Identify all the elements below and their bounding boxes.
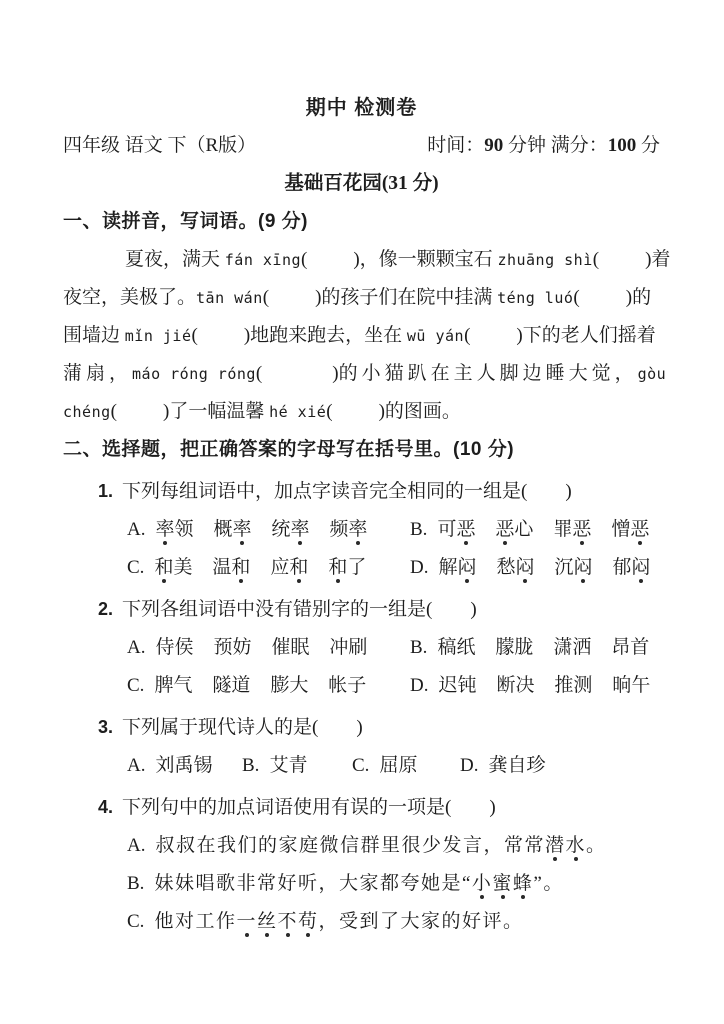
emphasis-dot-char: 恶 xyxy=(630,519,649,541)
pinyin-paragraph: 夏夜，满天 fán xīng()，像一颗颗宝石 zhuāng shì()着夜空，… xyxy=(63,241,660,431)
question-number: 4. xyxy=(98,797,113,817)
option-row: A.率领概率统率频率B.可恶恶心罪恶憎恶 xyxy=(127,511,660,549)
pinyin-text: máo róng róng xyxy=(132,365,256,383)
option-word: 罪恶 xyxy=(553,519,591,540)
exam-meta-row: 四年级 语文 下（R版） 时间：90 分钟 满分：100 分 xyxy=(63,127,660,165)
option-word: 和了 xyxy=(328,557,366,578)
emphasis-dot-char: 恶 xyxy=(495,519,514,541)
emphasis-dot-char: 和 xyxy=(231,557,250,579)
question: 3.下列属于现代诗人的是( )A.刘禹锡B.艾青C.屈原D.龚自珍 xyxy=(63,708,660,785)
emphasis-dot-char: 蜂 xyxy=(513,873,534,895)
question-number: 1. xyxy=(98,481,113,501)
option-letter: C. xyxy=(127,675,144,696)
option-word: 迟钝 xyxy=(438,675,476,696)
paragraph-text: ，像一颗颗宝石 xyxy=(360,249,498,270)
option-letter: B. xyxy=(410,637,427,658)
exam-title: 期中 检测卷 xyxy=(63,89,660,127)
emphasis-dot-char: 闷 xyxy=(458,557,477,579)
pinyin-text: tān wán xyxy=(196,289,263,307)
emphasis-dot-char: 恶 xyxy=(572,519,591,541)
emphasis-dot-char: 不 xyxy=(277,911,298,933)
paragraph-text: 夜空，美极了。 xyxy=(63,287,196,308)
question-stem: 3.下列属于现代诗人的是( ) xyxy=(63,708,660,747)
option-row: C.他对工作一丝不苟，受到了大家的好评。 xyxy=(127,903,660,941)
emphasis-dot-char: 率 xyxy=(348,519,367,541)
exam-page: 期中 检测卷 四年级 语文 下（R版） 时间：90 分钟 满分：100 分 基础… xyxy=(0,0,724,1024)
paragraph-text: 的图画。 xyxy=(385,401,461,422)
section-one-heading: 一、读拼音，写词语。(9 分) xyxy=(63,203,660,241)
option-letter: B. xyxy=(410,519,427,540)
question: 4.下列句中的加点词语使用有误的一项是( )A.叔叔在我们的家庭微信群里很少发言… xyxy=(63,788,660,941)
option-word: 艾青 xyxy=(269,755,307,776)
emphasis-dot-char: 和 xyxy=(154,557,173,579)
option: B.妹妹唱歌非常好听，大家都夸她是“小蜜蜂”。 xyxy=(127,865,564,903)
pinyin-text: gòu xyxy=(638,365,667,383)
emphasis-dot-char: 率 xyxy=(290,519,309,541)
emphasis-dot-char: 闷 xyxy=(515,557,534,579)
bold-number: 100 xyxy=(608,135,637,156)
question-stem: 4.下列句中的加点词语使用有误的一项是( ) xyxy=(63,788,660,827)
emphasis-dot-char: 水 xyxy=(566,835,587,857)
option: B.稿纸朦胧潇洒昂首 xyxy=(410,629,649,667)
paragraph-line: 围墙边 mǐn jié()地跑来跑去，坐在 wū yán()下的老人们摇着 xyxy=(63,317,660,355)
option-word: 预妨 xyxy=(213,637,251,658)
option-word: 他对工作一丝不苟，受到了大家的好评。 xyxy=(154,911,523,932)
option-word: 断决 xyxy=(496,675,534,696)
option-letter: A. xyxy=(127,637,145,658)
emphasis-dot-char: 蜜 xyxy=(492,873,513,895)
paragraph-text: 地跑来跑去，坐在 xyxy=(250,325,407,346)
option-letter: D. xyxy=(410,675,428,696)
option: A.刘禹锡 xyxy=(127,747,242,785)
option-word: 屈原 xyxy=(379,755,417,776)
option: C.屈原 xyxy=(352,747,460,785)
questions-area: 1.下列每组词语中，加点字读音完全相同的一组是( )A.率领概率统率频率B.可恶… xyxy=(63,472,660,941)
pinyin-text: fán xīng xyxy=(225,251,301,269)
option-word: 叔叔在我们的家庭微信群里很少发言，常常潜水。 xyxy=(155,835,606,856)
option-word: 恶心 xyxy=(495,519,533,540)
option: A.侍侯预妨催眠冲刷 xyxy=(127,629,410,667)
option-word: 憎恶 xyxy=(611,519,649,540)
emphasis-dot-char: 闷 xyxy=(573,557,592,579)
option-word: 冲刷 xyxy=(329,637,367,658)
option-word: 膨大 xyxy=(270,675,308,696)
time-score-label: 时间：90 分钟 满分：100 分 xyxy=(427,127,660,165)
pinyin-text: wū yán xyxy=(407,327,464,345)
option-word: 朦胧 xyxy=(495,637,533,658)
option-word: 潇洒 xyxy=(553,637,591,658)
option-row: A.叔叔在我们的家庭微信群里很少发言，常常潜水。 xyxy=(127,827,660,865)
pinyin-text: hé xié xyxy=(269,403,326,421)
option-letter: D. xyxy=(410,557,428,578)
option-word: 昂首 xyxy=(611,637,649,658)
question-stem: 2.下列各组词语中没有错别字的一组是( ) xyxy=(63,590,660,629)
option-letter: A. xyxy=(127,835,145,856)
emphasis-dot-char: 和 xyxy=(328,557,347,579)
emphasis-dot-char: 率 xyxy=(155,519,174,541)
option-letter: B. xyxy=(242,755,259,776)
section-two-heading: 二、选择题，把正确答案的字母写在括号里。(10 分) xyxy=(63,431,660,469)
paragraph-line: 蒲扇，máo róng róng()的小猫趴在主人脚边睡大觉，gòu xyxy=(63,355,660,393)
paragraph-text: 夏夜，满天 xyxy=(125,249,225,270)
option-word: 稿纸 xyxy=(437,637,475,658)
option-word: 率领 xyxy=(155,519,193,540)
option-word: 帐子 xyxy=(328,675,366,696)
emphasis-dot-char: 和 xyxy=(289,557,308,579)
option-word: 妹妹唱歌非常好听，大家都夸她是“小蜜蜂”。 xyxy=(154,873,563,894)
option-word: 沉闷 xyxy=(554,557,592,578)
option: D.解闷愁闷沉闷郁闷 xyxy=(410,549,650,587)
question-stem-text: 下列属于现代诗人的是( ) xyxy=(122,717,363,738)
question: 2.下列各组词语中没有错别字的一组是( )A.侍侯预妨催眠冲刷B.稿纸朦胧潇洒昂… xyxy=(63,590,660,705)
pinyin-text: mǐn jié xyxy=(125,327,192,345)
option-word: 统率 xyxy=(271,519,309,540)
option-letter: C. xyxy=(352,755,369,776)
option-word: 愁闷 xyxy=(496,557,534,578)
option-letter: B. xyxy=(127,873,144,894)
paragraph-text: 围墙边 xyxy=(63,325,125,346)
paragraph-text: 着 xyxy=(651,249,670,270)
option-word: 可恶 xyxy=(437,519,475,540)
question-stem-text: 下列每组词语中，加点字读音完全相同的一组是( ) xyxy=(122,481,572,502)
option-word: 解闷 xyxy=(438,557,476,578)
emphasis-dot-char: 苟 xyxy=(298,911,319,933)
option-word: 侍侯 xyxy=(155,637,193,658)
question-number: 3. xyxy=(98,717,113,737)
option-row: B.妹妹唱歌非常好听，大家都夸她是“小蜜蜂”。 xyxy=(127,865,660,903)
section-banner: 基础百花园(31 分) xyxy=(63,165,660,203)
option-letter: C. xyxy=(127,557,144,578)
option: D.迟钝断决推测晌午 xyxy=(410,667,650,705)
option-word: 推测 xyxy=(554,675,592,696)
paragraph-text: 蒲扇， xyxy=(63,363,132,384)
option: B.可恶恶心罪恶憎恶 xyxy=(410,511,649,549)
question-stem-text: 下列各组词语中没有错别字的一组是( ) xyxy=(122,599,477,620)
course-label: 四年级 语文 下（R版） xyxy=(63,127,256,165)
option-letter: A. xyxy=(127,519,145,540)
pinyin-text: zhuāng shì xyxy=(497,251,592,269)
option-word: 龚自珍 xyxy=(488,755,545,776)
emphasis-dot-char: 一 xyxy=(236,911,257,933)
option: A.叔叔在我们的家庭微信群里很少发言，常常潜水。 xyxy=(127,827,607,865)
option-word: 应和 xyxy=(270,557,308,578)
option: A.率领概率统率频率 xyxy=(127,511,410,549)
option-word: 隧道 xyxy=(212,675,250,696)
emphasis-dot-char: 闷 xyxy=(631,557,650,579)
paragraph-text: 的 xyxy=(632,287,651,308)
question-number: 2. xyxy=(98,599,113,619)
paragraph-line: 夏夜，满天 fán xīng()，像一颗颗宝石 zhuāng shì()着 xyxy=(63,241,660,279)
option-word: 郁闷 xyxy=(612,557,650,578)
option: C.他对工作一丝不苟，受到了大家的好评。 xyxy=(127,903,524,941)
question-stem: 1.下列每组词语中，加点字读音完全相同的一组是( ) xyxy=(63,472,660,511)
option-word: 脾气 xyxy=(154,675,192,696)
paragraph-text: 了一幅温馨 xyxy=(169,401,269,422)
option: B.艾青 xyxy=(242,747,352,785)
option-word: 晌午 xyxy=(612,675,650,696)
option-row: A.刘禹锡B.艾青C.屈原D.龚自珍 xyxy=(127,747,660,785)
bold-number: 90 xyxy=(484,135,503,156)
option-word: 催眠 xyxy=(271,637,309,658)
option-word: 温和 xyxy=(212,557,250,578)
option: C.和美温和应和和了 xyxy=(127,549,410,587)
emphasis-dot-char: 丝 xyxy=(257,911,278,933)
paragraph-text: 下的老人们摇着 xyxy=(523,325,656,346)
emphasis-dot-char: 潜 xyxy=(545,835,566,857)
option-word: 频率 xyxy=(329,519,367,540)
option-word: 刘禹锡 xyxy=(155,755,212,776)
emphasis-dot-char: 小 xyxy=(472,873,493,895)
paragraph-text: 的小猫趴在主人脚边睡大觉， xyxy=(339,363,638,384)
paragraph-line: chéng()了一幅温馨 hé xié()的图画。 xyxy=(63,393,660,431)
option-row: C.和美温和应和和了D.解闷愁闷沉闷郁闷 xyxy=(127,549,660,587)
pinyin-text: chéng xyxy=(63,403,111,421)
pinyin-text: téng luó xyxy=(497,289,573,307)
paragraph-line: 夜空，美极了。tān wán()的孩子们在院中挂满 téng luó()的 xyxy=(63,279,660,317)
option-letter: A. xyxy=(127,755,145,776)
option: D.龚自珍 xyxy=(460,747,546,785)
option-row: A.侍侯预妨催眠冲刷B.稿纸朦胧潇洒昂首 xyxy=(127,629,660,667)
option-letter: D. xyxy=(460,755,478,776)
question: 1.下列每组词语中，加点字读音完全相同的一组是( )A.率领概率统率频率B.可恶… xyxy=(63,472,660,587)
option: C.脾气隧道膨大帐子 xyxy=(127,667,410,705)
option-word: 概率 xyxy=(213,519,251,540)
question-stem-text: 下列句中的加点词语使用有误的一项是( ) xyxy=(122,797,496,818)
emphasis-dot-char: 率 xyxy=(232,519,251,541)
emphasis-dot-char: 恶 xyxy=(456,519,475,541)
option-letter: C. xyxy=(127,911,144,932)
option-word: 和美 xyxy=(154,557,192,578)
option-row: C.脾气隧道膨大帐子D.迟钝断决推测晌午 xyxy=(127,667,660,705)
paragraph-text: 的孩子们在院中挂满 xyxy=(321,287,497,308)
